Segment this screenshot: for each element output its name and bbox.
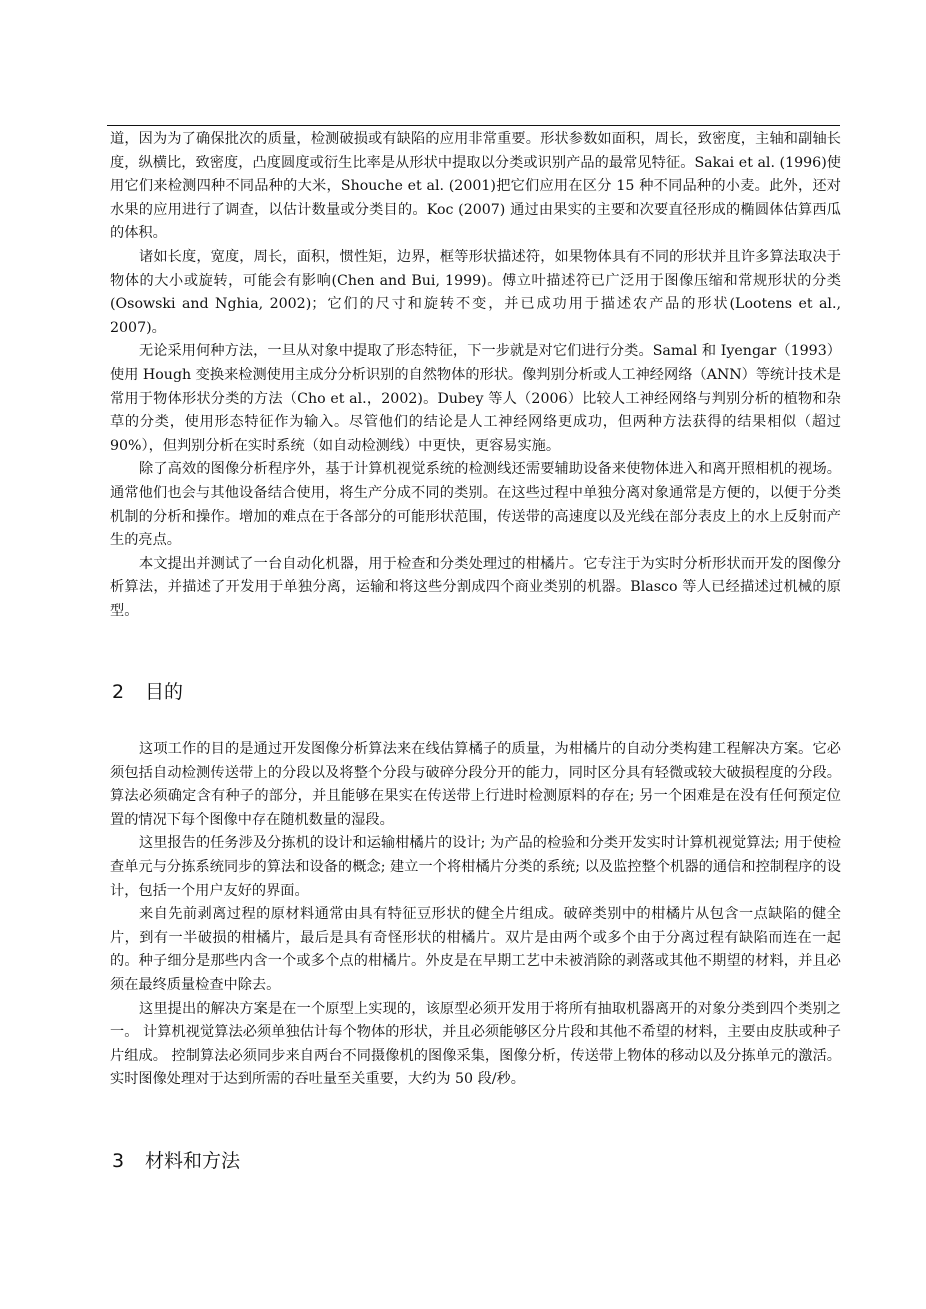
section-2-number: 2	[112, 679, 145, 705]
section-3-number: 3	[112, 1148, 145, 1174]
section-2-text-block: 这项工作的目的是通过开发图像分析算法来在线估算橘子的质量，为柑橘片的自动分类构建…	[110, 738, 841, 1092]
header-rule	[107, 125, 840, 126]
document-page: 道，因为为了确保批次的质量，检测破损或有缺陷的应用非常重要。形状参数如面积，周长…	[0, 0, 926, 1309]
paragraph-continued: 道，因为为了确保批次的质量，检测破损或有缺陷的应用非常重要。形状参数如面积，周长…	[110, 128, 841, 246]
intro-text-block: 道，因为为了确保批次的质量，检测破损或有缺陷的应用非常重要。形状参数如面积，周长…	[110, 128, 841, 623]
paragraph-shape-descriptors: 诸如长度，宽度，周长，面积，惯性矩，边界，框等形状描述符，如果物体具有不同的形状…	[110, 246, 841, 340]
paragraph-inspection-lines: 除了高效的图像分析程序外，基于计算机视觉系统的检测线还需要辅助设备来使物体进入和…	[110, 458, 841, 552]
paragraph-raw-material: 来自先前剥离过程的原材料通常由具有特征豆形状的健全片组成。破碎类别中的柑橘片从包…	[110, 903, 841, 997]
paragraph-objective: 这项工作的目的是通过开发图像分析算法来在线估算橘子的质量，为柑橘片的自动分类构建…	[110, 738, 841, 832]
section-3-heading: 3材料和方法	[112, 1148, 240, 1174]
paragraph-classification-methods: 无论采用何种方法，一旦从对象中提取了形态特征，下一步就是对它们进行分类。Sama…	[110, 340, 841, 458]
paragraph-tasks: 这里报告的任务涉及分拣机的设计和运输柑橘片的设计; 为产品的检验和分类开发实时计…	[110, 832, 841, 903]
section-2-title: 目的	[145, 681, 183, 703]
section-2-heading: 2目的	[112, 679, 183, 705]
paragraph-paper-summary: 本文提出并测试了一台自动化机器，用于检查和分类处理过的柑橘片。它专注于为实时分析…	[110, 553, 841, 624]
paragraph-solution: 这里提出的解决方案是在一个原型上实现的，该原型必须开发用于将所有抽取机器离开的对…	[110, 998, 841, 1092]
section-3-title: 材料和方法	[145, 1150, 240, 1172]
